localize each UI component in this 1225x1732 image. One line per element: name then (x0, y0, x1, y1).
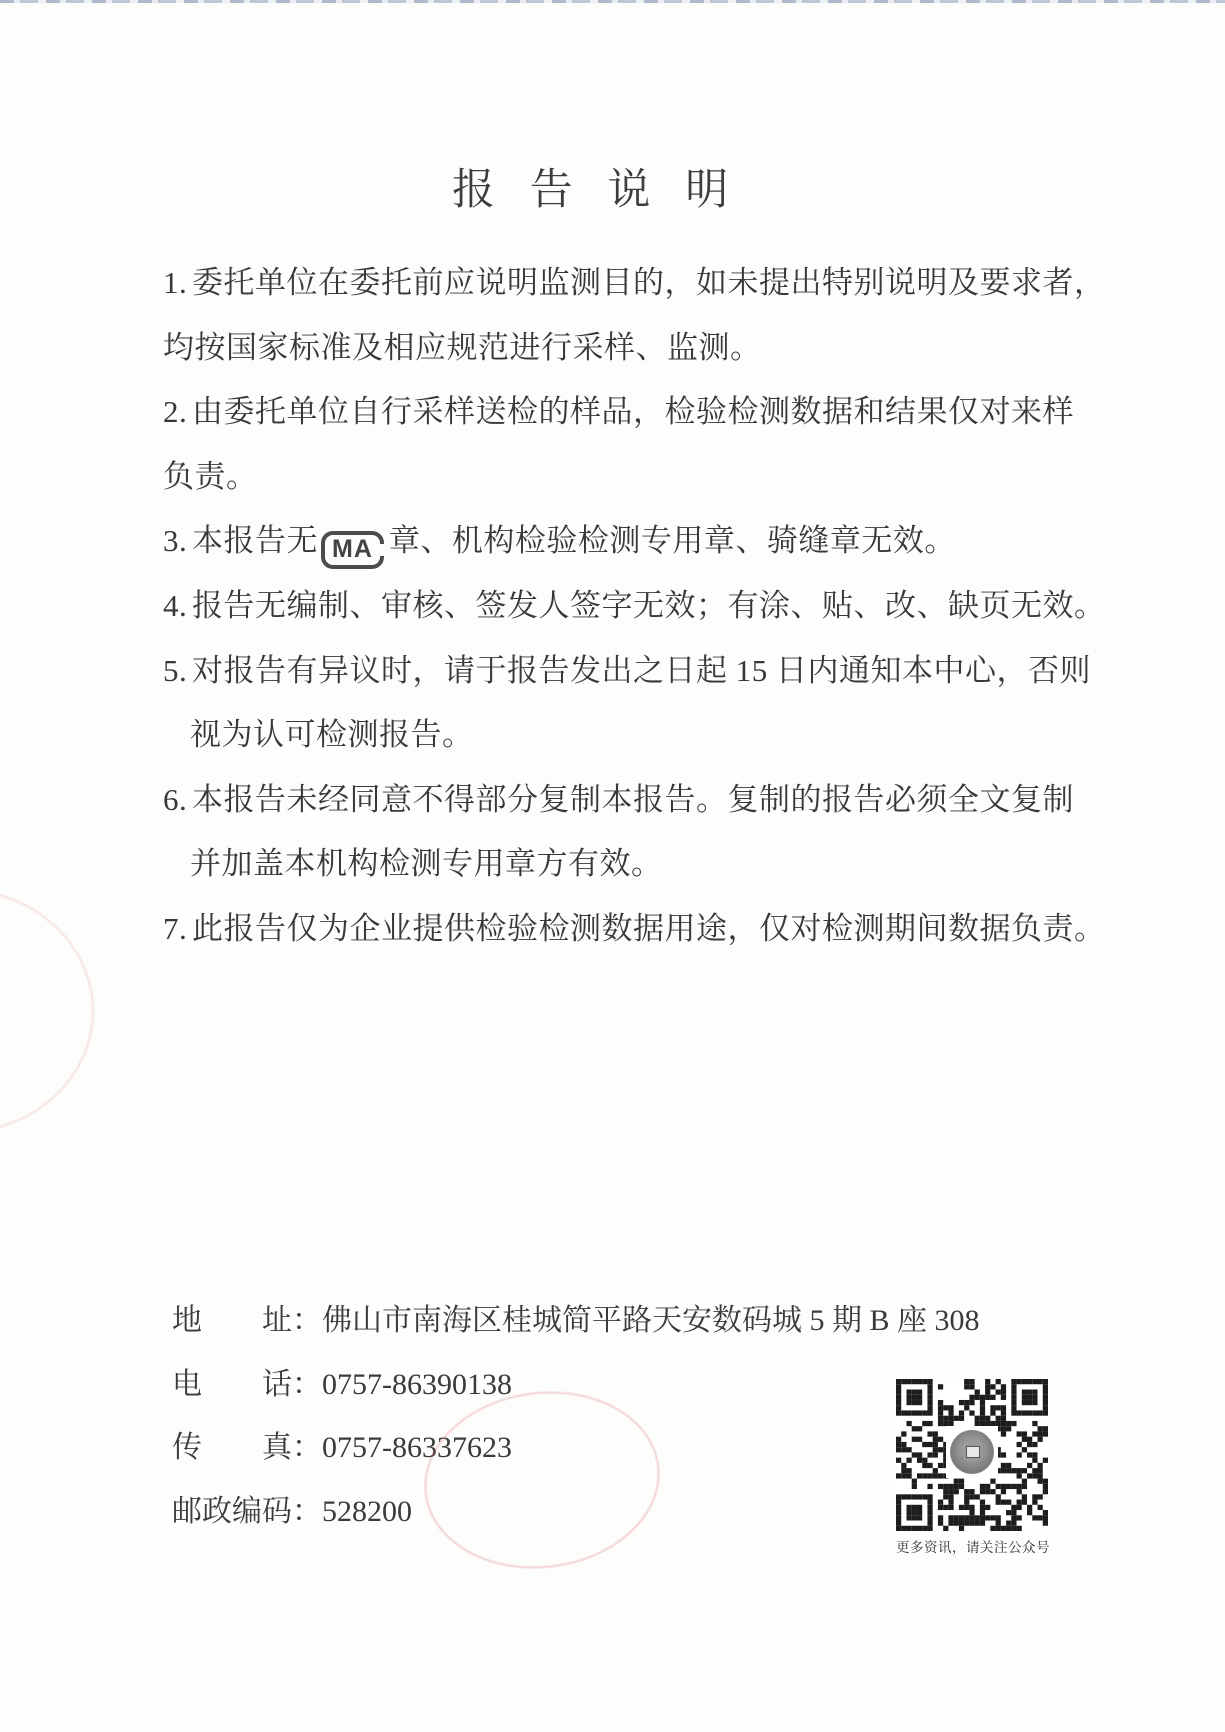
edge-stamp-artifact (0, 888, 94, 1134)
instruction-item-2: 2.由委托单位自行采样送检的样品，检验检测数据和结果仅对来样 (163, 380, 1068, 445)
phone-label: 电 话： (172, 1353, 322, 1417)
address-value: 佛山市南海区桂城简平路天安数码城 5 期 B 座 308 (322, 1304, 980, 1337)
instruction-item-7: 7.此报告仅为企业提供检验检测数据用途，仅对检测期间数据负责。 (163, 897, 1068, 962)
instruction-item-1-cont: 均按国家标准及相应规范进行采样、监测。 (163, 316, 1068, 381)
item-text: 此报告仅为企业提供检验检测数据用途，仅对检测期间数据负责。 (192, 911, 1106, 946)
item-number: 7. (163, 897, 192, 962)
instruction-item-5: 5.对报告有异议时，请于报告发出之日起 15 日内通知本中心，否则 (163, 639, 1068, 704)
item-text: 由委托单位自行采样送检的样品，检验检测数据和结果仅对来样 (192, 394, 1074, 429)
item-number: 4. (163, 574, 192, 639)
item-text: 均按国家标准及相应规范进行采样、监测。 (163, 330, 762, 365)
postcode-value: 528200 (322, 1495, 412, 1528)
instruction-item-5-cont: 视为认可检测报告。 (163, 703, 1068, 768)
item-number: 3. (163, 509, 192, 574)
fax-label: 传 真： (172, 1416, 322, 1480)
item-text: 并加盖本机构检测专用章方有效。 (190, 846, 663, 881)
instruction-list: 1.委托单位在委托前应说明监测目的，如未提出特别说明及要求者， 均按国家标准及相… (163, 251, 1068, 962)
qr-caption: 更多资讯，请关注公众号 (896, 1536, 1048, 1556)
item-number: 5. (163, 639, 192, 704)
page-title: 报 告 说 明 (452, 156, 740, 217)
item-text: 视为认可检测报告。 (190, 717, 474, 752)
item-text: 对报告有异议时，请于报告发出之日起 15 日内通知本中心，否则 (192, 653, 1091, 688)
phone-value: 0757-86390138 (322, 1368, 512, 1401)
report-notes-page: 报 告 说 明 1.委托单位在委托前应说明监测目的，如未提出特别说明及要求者， … (0, 0, 1225, 1732)
instruction-item-1: 1.委托单位在委托前应说明监测目的，如未提出特别说明及要求者， (163, 251, 1068, 316)
item-text: 报告无编制、审核、签发人签字无效；有涂、贴、改、缺页无效。 (192, 588, 1106, 623)
item-number: 1. (163, 251, 192, 316)
qr-center-logo (946, 1426, 998, 1478)
instruction-item-2-cont: 负责。 (163, 445, 1068, 510)
item-number: 2. (163, 380, 192, 445)
item-text: 本报告无 (192, 523, 318, 558)
cma-mark-icon: MA (321, 531, 384, 569)
address-label: 地 址： (172, 1289, 322, 1353)
instruction-item-3: 3.本报告无MA章、机构检验检测专用章、骑缝章无效。 (163, 509, 1068, 574)
instruction-item-6-cont: 并加盖本机构检测专用章方有效。 (163, 832, 1068, 897)
qr-code: 更多资讯，请关注公众号 (896, 1379, 1048, 1556)
scan-edge-artifact (0, 0, 1225, 3)
item-text: 委托单位在委托前应说明监测目的，如未提出特别说明及要求者， (192, 265, 1106, 300)
postcode-label: 邮政编码： (172, 1480, 322, 1544)
address-row: 地 址：佛山市南海区桂城简平路天安数码城 5 期 B 座 308 (172, 1289, 980, 1353)
instruction-item-6: 6.本报告未经同意不得部分复制本报告。复制的报告必须全文复制 (163, 768, 1068, 833)
item-text: 负责。 (163, 459, 258, 494)
instruction-item-4: 4.报告无编制、审核、签发人签字无效；有涂、贴、改、缺页无效。 (163, 574, 1068, 639)
item-number: 6. (163, 768, 192, 833)
item-text: 章、机构检验检测专用章、骑缝章无效。 (389, 523, 956, 558)
item-text: 本报告未经同意不得部分复制本报告。复制的报告必须全文复制 (192, 782, 1074, 817)
